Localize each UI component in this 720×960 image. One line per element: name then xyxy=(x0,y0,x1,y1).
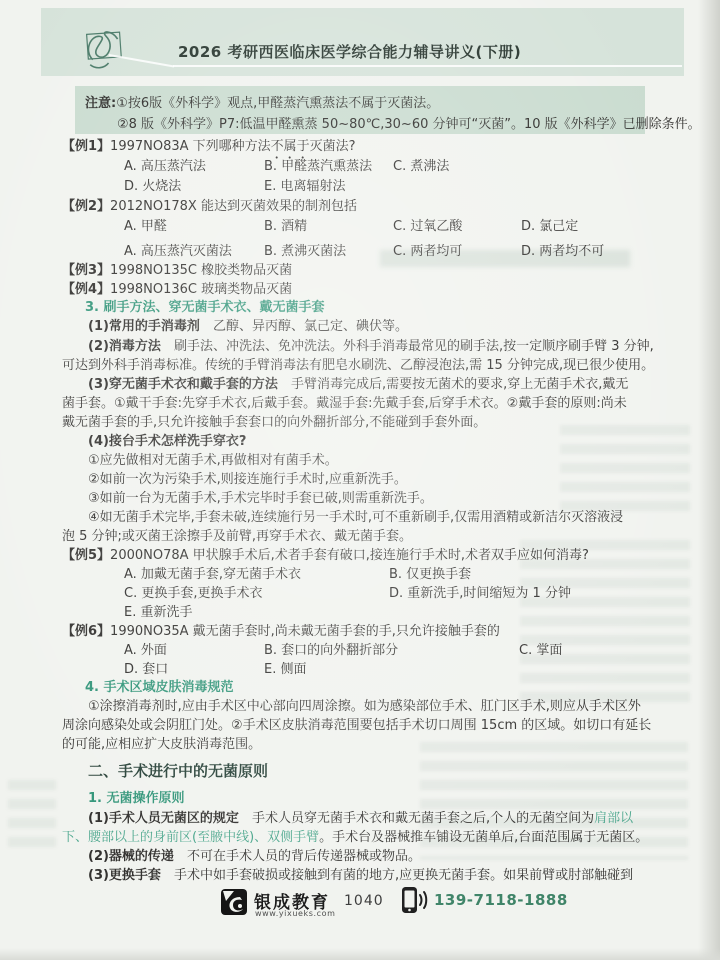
text-line: 【例4】1998NO136C 玻璃类物品灭菌 xyxy=(0,281,720,300)
body-region: 【例1】1997NO83A 下列哪种方法不属于灭菌法?A. 高压蒸汽法B. 甲醛… xyxy=(0,0,720,960)
text-span: E. 侧面 xyxy=(264,661,306,679)
text-line: 【例6】1990NO35A 戴无菌手套时,尚未戴无菌手套的手,只允许接触手套的 xyxy=(0,623,720,642)
text-line: ①涂擦消毒剂时,应由手术区中心部向四周涂擦。如为感染部位手术、肛门区手术,则应从… xyxy=(0,698,720,717)
text-span: B. 酒精 xyxy=(264,218,307,236)
scanned-book-page: 2026 考研西医临床医学综合能力辅导讲义(下册) 注意:①按6版《外科学》观点… xyxy=(0,0,720,960)
text-line: 戴无菌手套的手,只允许接触手套套口的向外翻折部分,不能碰到手套外面。 xyxy=(0,414,720,433)
text-span: 下、腰部以上的身前区(至腋中线)、双侧手臂。手术台及器械推车铺设无菌单后,台面范… xyxy=(62,829,648,847)
text-line: 泡 5 分钟;或灭菌王涂擦手及前臂,再穿手术衣、戴无菌手套。 xyxy=(0,528,720,547)
text-span: B. 煮沸灭菌法 xyxy=(264,243,346,261)
text-line: A. 高压蒸汽法B. 甲醛蒸汽熏蒸法C. 煮沸法 xyxy=(0,158,720,177)
text-line: 可达到外科手消毒标准。传统的手臂消毒法有肥皂水刷洗、乙醇浸泡法,需 15 分钟完… xyxy=(0,357,720,376)
text-span: C. 过氧乙酸 xyxy=(393,218,462,236)
text-span: 【例3】1998NO135C 橡胶类物品灭菌 xyxy=(62,262,292,280)
text-span: (2)消毒方法 刷手法、冲洗法、免冲洗法。外科手消毒最常见的刷手法,按一定顺序刷… xyxy=(88,338,654,356)
text-line: 下、腰部以上的身前区(至腋中线)、双侧手臂。手术台及器械推车铺设无菌单后,台面范… xyxy=(0,829,720,848)
text-line: A. 甲醛B. 酒精C. 过氧乙酸D. 氯己定 xyxy=(0,218,720,237)
text-span: ③如前一台为无菌手术,手术完毕时手套已破,则需重新洗手。 xyxy=(88,490,433,508)
text-line: 【例2】2012NO178X 能达到灭菌效果的制剂包括 xyxy=(0,198,720,217)
text-span: A. 加戴无菌手套,穿无菌手术衣 xyxy=(124,566,301,584)
text-line: (3)更换手套 手术中如手套破损或接触到有菌的地方,应更换无菌手套。如果前臂或肘… xyxy=(0,867,720,886)
text-span: 可达到外科手消毒标准。传统的手臂消毒法有肥皂水刷洗、乙醇浸泡法,需 15 分钟完… xyxy=(62,357,654,375)
text-span: 【例2】2012NO178X 能达到灭菌效果的制剂包括 xyxy=(62,198,357,216)
text-span: 的可能,应相应扩大皮肤消毒范围。 xyxy=(62,736,261,754)
text-span: C. 煮沸法 xyxy=(393,158,449,176)
yincheng-logo-icon xyxy=(220,887,248,917)
text-line: 【例5】2000NO78A 甲状腺手术后,术者手套有破口,接连施行手术时,术者双… xyxy=(0,547,720,566)
text-span: A. 高压蒸汽灭菌法 xyxy=(124,243,232,261)
phone-number: 139-7118-1888 xyxy=(434,891,568,909)
text-line: (4)接台手术怎样洗手穿衣? xyxy=(0,433,720,452)
text-line: ①应先做相对无菌手术,再做相对有菌手术。 xyxy=(0,452,720,471)
text-span: (1)手术人员无菌区的规定 手术人员穿无菌手术衣和戴无菌手套之后,个人的无菌空间… xyxy=(88,810,633,828)
text-line: (2)器械的传递 不可在手术人员的背后传递器械或物品。 xyxy=(0,848,720,867)
text-span: ②如前一次为污染手术,则接连施行手术时,应重新洗手。 xyxy=(88,471,407,489)
text-line: (2)消毒方法 刷手法、冲洗法、免冲洗法。外科手消毒最常见的刷手法,按一定顺序刷… xyxy=(0,338,720,357)
text-line: D. 火烧法E. 电离辐射法 xyxy=(0,178,720,197)
text-line: A. 加戴无菌手套,穿无菌手术衣B. 仅更换手套 xyxy=(0,566,720,585)
text-span: D. 火烧法 xyxy=(124,178,181,196)
text-span: ①应先做相对无菌手术,再做相对有菌手术。 xyxy=(88,452,338,470)
text-line: 的可能,应相应扩大皮肤消毒范围。 xyxy=(0,736,720,755)
text-span: 周涂向感染处或会阴肛门处。②手术区皮肤消毒范围要包括手术切口周围 15cm 的区… xyxy=(62,717,651,735)
text-line: (3)穿无菌手术衣和戴手套的方法 手臂消毒完成后,需要按无菌术的要求,穿上无菌手… xyxy=(0,376,720,395)
text-span: D. 两者均不可 xyxy=(521,243,604,261)
text-span: 3. 刷手方法、穿无菌手术衣、戴无菌手套 xyxy=(85,299,325,317)
text-span: 1. 无菌操作原则 xyxy=(88,790,185,808)
text-line: E. 重新洗手 xyxy=(0,604,720,623)
text-span: (3)更换手套 手术中如手套破损或接触到有菌的地方,应更换无菌手套。如果前臂或肘… xyxy=(88,867,633,885)
text-line: D. 套口E. 侧面 xyxy=(0,661,720,680)
text-span: ①涂擦消毒剂时,应由手术区中心部向四周涂擦。如为感染部位手术、肛门区手术,则应从… xyxy=(88,698,641,716)
text-span: E. 电离辐射法 xyxy=(264,178,345,196)
text-span: (3)穿无菌手术衣和戴手套的方法 手臂消毒完成后,需要按无菌术的要求,穿上无菌手… xyxy=(88,376,628,394)
text-span: (1)常用的手消毒剂 乙醇、异丙醇、氯己定、碘伏等。 xyxy=(88,318,408,336)
text-span: 二、手术进行中的无菌原则 xyxy=(88,762,268,780)
text-span: A. 外面 xyxy=(124,642,167,660)
text-line: 周涂向感染处或会阴肛门处。②手术区皮肤消毒范围要包括手术切口周围 15cm 的区… xyxy=(0,717,720,736)
text-line: 1. 无菌操作原则 xyxy=(0,790,720,809)
text-line: 【例3】1998NO135C 橡胶类物品灭菌 xyxy=(0,262,720,281)
text-span: A. 高压蒸汽法 xyxy=(124,158,206,176)
text-span: 【例5】2000NO78A 甲状腺手术后,术者手套有破口,接连施行手术时,术者双… xyxy=(62,547,589,565)
text-span: D. 氯己定 xyxy=(521,218,578,236)
text-span: 【例6】1990NO35A 戴无菌手套时,尚未戴无菌手套的手,只允许接触手套的 xyxy=(62,623,500,641)
text-line: 菌手套。①戴干手套:先穿手术衣,后戴手套。戴湿手套:先戴手套,后穿手术衣。②戴手… xyxy=(0,395,720,414)
text-line: A. 高压蒸汽灭菌法B. 煮沸灭菌法C. 两者均可D. 两者均不可 xyxy=(0,243,720,262)
text-line: A. 外面B. 套口的向外翻折部分C. 掌面 xyxy=(0,642,720,661)
text-line: ④如无菌手术完毕,手套未破,连续施行另一手术时,可不重新刷手,仅需用酒精或新洁尔… xyxy=(0,509,720,528)
text-line: (1)常用的手消毒剂 乙醇、异丙醇、氯己定、碘伏等。 xyxy=(0,318,720,337)
text-span: B. 甲醛蒸汽熏蒸法 xyxy=(264,158,372,176)
text-span: C. 更换手套,更换手术衣 xyxy=(124,585,262,603)
page-number: 1040 xyxy=(344,893,384,909)
text-line: 【例1】1997NO83A 下列哪种方法不属于灭菌法? xyxy=(0,138,720,157)
text-span: E. 重新洗手 xyxy=(124,604,192,622)
text-span: 戴无菌手套的手,只允许接触手套套口的向外翻折部分,不能碰到手套外面。 xyxy=(62,414,486,432)
text-span: B. 仅更换手套 xyxy=(389,566,471,584)
brand-url: www.yixueks.com xyxy=(255,909,336,918)
footer: 银成教育 www.yixueks.com 1040 139-7118-1888 xyxy=(0,885,720,940)
text-line: ③如前一台为无菌手术,手术完毕时手套已破,则需重新洗手。 xyxy=(0,490,720,509)
text-span: D. 套口 xyxy=(124,661,168,679)
text-span: C. 两者均可 xyxy=(393,243,462,261)
text-span: B. 套口的向外翻折部分 xyxy=(264,642,398,660)
text-line: C. 更换手套,更换手术衣D. 重新洗手,时间缩短为 1 分钟 xyxy=(0,585,720,604)
text-line: ②如前一次为污染手术,则接连施行手术时,应重新洗手。 xyxy=(0,471,720,490)
page-edge-shadow-bottom xyxy=(0,948,720,960)
text-span: 4. 手术区域皮肤消毒规范 xyxy=(85,679,234,697)
phone-icon xyxy=(399,886,429,914)
page-edge-shadow-right xyxy=(698,0,720,960)
text-span: ④如无菌手术完毕,手套未破,连续施行另一手术时,可不重新刷手,仅需用酒精或新洁尔… xyxy=(88,509,623,527)
text-line: (1)手术人员无菌区的规定 手术人员穿无菌手术衣和戴无菌手套之后,个人的无菌空间… xyxy=(0,810,720,829)
text-line: 3. 刷手方法、穿无菌手术衣、戴无菌手套 xyxy=(0,299,720,318)
text-line: 二、手术进行中的无菌原则 xyxy=(0,762,720,781)
text-span: 菌手套。①戴干手套:先穿手术衣,后戴手套。戴湿手套:先戴手套,后穿手术衣。②戴手… xyxy=(62,395,627,413)
text-span: (2)器械的传递 不可在手术人员的背后传递器械或物品。 xyxy=(88,848,421,866)
text-span: C. 掌面 xyxy=(519,642,562,660)
text-line: 4. 手术区域皮肤消毒规范 xyxy=(0,679,720,698)
text-span: (4)接台手术怎样洗手穿衣? xyxy=(88,433,246,451)
text-span: 【例4】1998NO136C 玻璃类物品灭菌 xyxy=(62,281,292,299)
text-span: D. 重新洗手,时间缩短为 1 分钟 xyxy=(389,585,571,603)
text-span: 泡 5 分钟;或灭菌王涂擦手及前臂,再穿手术衣、戴无菌手套。 xyxy=(62,528,412,546)
text-span: A. 甲醛 xyxy=(124,218,167,236)
